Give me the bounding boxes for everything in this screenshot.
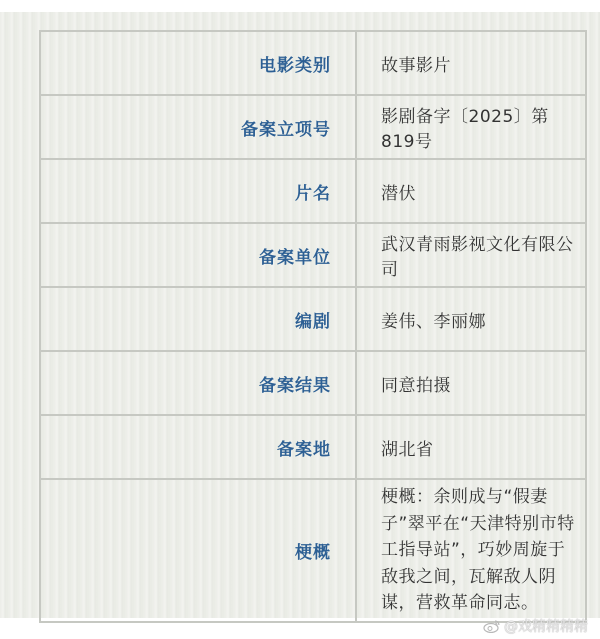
film-record-table: 电影类别 故事影片 备案立项号 影剧备字〔2025〕第819号 片名 潜伏 备案… bbox=[39, 30, 587, 623]
table-row-synopsis: 梗概 梗概：余则成与“假妻子”翠平在“天津特别市特工指导站”，巧妙周旋于敌我之间… bbox=[40, 479, 586, 622]
row-label: 编剧 bbox=[40, 287, 356, 351]
table-row-filing-location: 备案地 湖北省 bbox=[40, 415, 586, 479]
row-value: 同意拍摄 bbox=[356, 351, 586, 415]
record-paper: 电影类别 故事影片 备案立项号 影剧备字〔2025〕第819号 片名 潜伏 备案… bbox=[0, 12, 600, 618]
row-label: 备案地 bbox=[40, 415, 356, 479]
row-label: 梗概 bbox=[40, 479, 356, 622]
table-row-filing-result: 备案结果 同意拍摄 bbox=[40, 351, 586, 415]
table-row-title: 片名 潜伏 bbox=[40, 159, 586, 223]
row-value: 武汉青雨影视文化有限公司 bbox=[356, 223, 586, 287]
table-row-film-category: 电影类别 故事影片 bbox=[40, 31, 586, 95]
watermark-text: @戏精精精精 bbox=[504, 616, 588, 636]
row-value: 湖北省 bbox=[356, 415, 586, 479]
row-value: 影剧备字〔2025〕第819号 bbox=[356, 95, 586, 159]
table-row-filing-company: 备案单位 武汉青雨影视文化有限公司 bbox=[40, 223, 586, 287]
row-value: 姜伟、李丽娜 bbox=[356, 287, 586, 351]
row-label: 片名 bbox=[40, 159, 356, 223]
row-label: 电影类别 bbox=[40, 31, 356, 95]
row-label: 备案立项号 bbox=[40, 95, 356, 159]
row-value: 故事影片 bbox=[356, 31, 586, 95]
row-value: 潜伏 bbox=[356, 159, 586, 223]
row-label: 备案结果 bbox=[40, 351, 356, 415]
table-row-registration-number: 备案立项号 影剧备字〔2025〕第819号 bbox=[40, 95, 586, 159]
synopsis-text: 梗概：余则成与“假妻子”翠平在“天津特别市特工指导站”，巧妙周旋于敌我之间，瓦解… bbox=[356, 479, 586, 622]
weibo-icon bbox=[483, 619, 501, 633]
watermark: @戏精精精精 bbox=[483, 616, 588, 636]
table-row-screenwriter: 编剧 姜伟、李丽娜 bbox=[40, 287, 586, 351]
row-label: 备案单位 bbox=[40, 223, 356, 287]
